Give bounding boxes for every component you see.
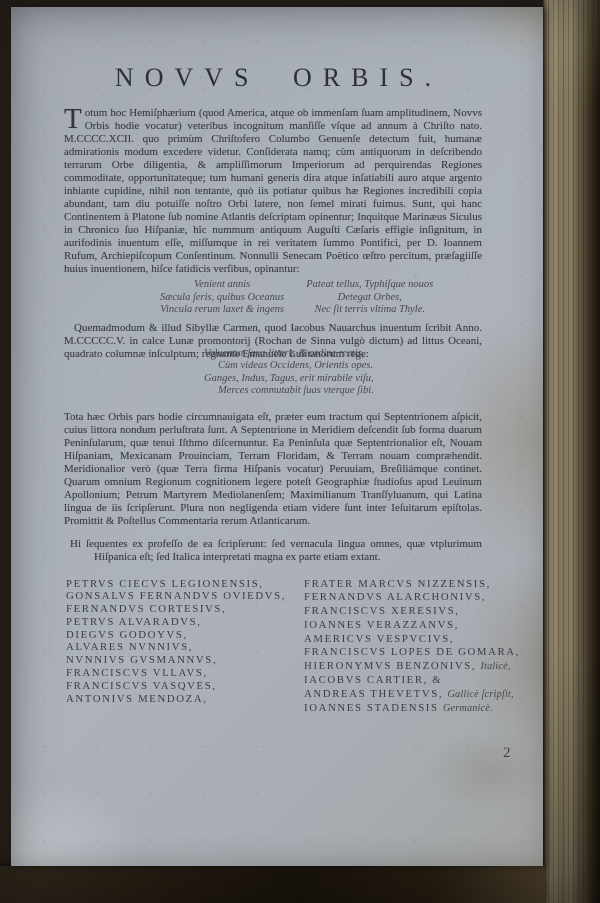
author-language-note: Germanicè. — [443, 703, 493, 714]
verse-line: Merces commutabit ſuas vterque ſibi. — [204, 385, 482, 398]
author-name: FERNANDVS CORTESIVS, — [66, 603, 304, 616]
seneca-verse-left-column: Venient annis Sæcula ſeris, quibus Ocean… — [160, 279, 284, 317]
page-title: NOVVS ORBIS. — [64, 63, 482, 93]
author-name: ANDREAS THEVETVS, Gallicè ſcripſit, — [304, 688, 520, 702]
author-name: AMERICVS VESPVCIVS, — [304, 633, 520, 647]
paragraph-geography: Tota hæc Orbis pars hodie circumnauigata… — [64, 411, 482, 528]
paragraph-intro: Totum hoc Hemiſphærium (quod America, at… — [64, 107, 482, 276]
author-name: PETRVS ALVARADVS, — [66, 616, 304, 629]
verse-line: Voluentur ſaxa litteris & ordine rectis, — [204, 348, 482, 361]
author-name: ALVARES NVNNIVS, — [66, 641, 304, 654]
author-name: HIERONYMVS BENZONIVS, Italicè, — [304, 660, 520, 674]
author-name: FRANCISCVS XERESIVS, — [304, 605, 520, 619]
author-name: FRANCISCVS LOPES DE GOMARA, — [304, 646, 520, 660]
paragraph-authors-intro: Hi ſequentes ex profeſſo de ea ſcripſeru… — [64, 538, 482, 564]
author-name: FRANCISCVS VLLAVS, — [66, 667, 304, 680]
verse-line: Detegat Orbes, — [306, 292, 433, 305]
book-page: NOVVS ORBIS. Totum hoc Hemiſphærium (quo… — [11, 7, 543, 866]
photographed-book-page: NOVVS ORBIS. Totum hoc Hemiſphærium (quo… — [0, 0, 600, 903]
verse-line: Ganges, Indus, Tagus, erit mirabile viſu… — [204, 373, 482, 386]
photo-dark-edge-bottom — [0, 866, 545, 903]
author-name: GONSALVS FERNANDVS OVIEDVS, — [66, 590, 304, 603]
author-language-note: Italicè, — [480, 661, 510, 672]
author-name: FERNANDVS ALARCHONIVS, — [304, 591, 520, 605]
seneca-verse-right-column: Pateat tellus, Typhiſque nouos Detegat O… — [306, 279, 433, 317]
author-name: IOANNES STADENSIS Germanicè. — [304, 702, 520, 716]
authors-list-left-column: PETRVS CIECVS LEGIONENSIS, GONSALVS FERN… — [66, 578, 304, 716]
page-number: 2 — [503, 745, 511, 762]
author-name: FRANCISCVS VASQVES, — [66, 680, 304, 693]
author-name: IACOBVS CARTIER, & — [304, 674, 520, 688]
verse-line: Nec ſit terris vltima Thyle. — [306, 304, 433, 317]
drop-cap-initial: T — [64, 107, 85, 131]
paragraph-intro-text: otum hoc Hemiſphærium (quod America, atq… — [64, 107, 482, 275]
verse-line: Sæcula ſeris, quibus Oceanus — [160, 292, 284, 305]
author-name: FRATER MARCVS NIZZENSIS, — [304, 578, 520, 592]
verse-line: Vincula rerum laxet & ingens — [160, 304, 284, 317]
author-language-note: Gallicè ſcripſit, — [447, 689, 513, 700]
verse-line: Cùm videas Occidens, Orientis opes. — [204, 360, 482, 373]
author-name: ANTONIVS MENDOZA, — [66, 693, 304, 706]
authors-list: PETRVS CIECVS LEGIONENSIS, GONSALVS FERN… — [64, 578, 482, 716]
page-content: NOVVS ORBIS. Totum hoc Hemiſphærium (quo… — [64, 63, 482, 715]
author-name: IOANNES VERAZZANVS, — [304, 619, 520, 633]
author-name: PETRVS CIECVS LEGIONENSIS, — [66, 578, 304, 591]
book-fore-edge-stripes — [543, 0, 600, 903]
author-name: DIEGVS GODOYVS, — [66, 629, 304, 642]
authors-list-right-column: FRATER MARCVS NIZZENSIS, FERNANDVS ALARC… — [304, 578, 520, 716]
author-name: NVNNIVS GVSMANNVS, — [66, 654, 304, 667]
verse-line: Venient annis — [160, 279, 284, 292]
verse-line: Pateat tellus, Typhiſque nouos — [306, 279, 433, 292]
seneca-verse: Venient annis Sæcula ſeris, quibus Ocean… — [64, 279, 482, 317]
